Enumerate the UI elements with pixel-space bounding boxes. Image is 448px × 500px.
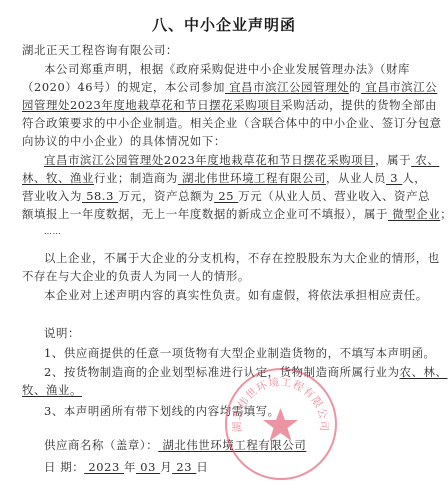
text: 2、按货物制造商的企业划型标准进行认定，货物制造商所属行业为 <box>44 365 400 379</box>
para2-line2: 林、牧、渔业行业；制造商为 湖北伟世环境工程有限公司，从业人员 3 人， <box>22 170 430 186</box>
text: 营业收入为 <box>22 189 82 203</box>
para1-line1: 本公司郑重声明，根据《政府采购促进中小企业发展管理办法》（财库 <box>44 61 448 77</box>
text: 日 <box>196 460 208 474</box>
para2-line4: 额填报上一年度数据，无上一年度数据的新成立企业可不填报），属于 微型企业； <box>22 206 430 222</box>
note-3: 3、本声明函所有带下划线的内容均需填写。 <box>44 403 448 419</box>
text: 采购活动，提供的货物全部由 <box>281 98 437 112</box>
date-year: 2023 <box>84 460 124 474</box>
addressee: 湖北正天工程咨询有限公司： <box>22 42 430 58</box>
manufacturer-name: 湖北伟世环境工程有限公司 <box>178 171 326 185</box>
employee-count: 3 <box>386 171 402 185</box>
ellipsis: …… <box>44 224 448 240</box>
para1-line2: （2020）46号）的规定，本公司参加 宜昌市滨江公园管理处的 宜昌市滨江公 <box>22 79 430 95</box>
text: 万元，资产总额为 <box>118 189 214 203</box>
para3-line2: 不存在与大企业的负责人为同一人的情形。 <box>22 268 430 284</box>
notes-heading: 说明： <box>44 325 448 341</box>
text: 年 <box>124 460 136 474</box>
note-industry-part2: 牧、渔业。 <box>22 383 82 397</box>
supplier-label: 供应商名称（盖章）： <box>44 438 158 452</box>
para1-line3: 园管理处2023年度地栽草花和节日摆花采购项目采购活动，提供的货物全部由 <box>22 97 430 113</box>
industry-part1: 农、 <box>411 153 439 167</box>
industry-part2: 林、牧、渔业 <box>22 171 94 185</box>
supplier-name: 湖北伟世环境工程有限公司 <box>158 438 306 452</box>
text: （2020）46号）的规定，本公司参加 <box>22 80 225 94</box>
revenue-value: 58.3 <box>82 189 118 203</box>
document-title: 八、中小企业声明函 <box>0 14 448 35</box>
purchaser-name: 宜昌市滨江公园管理处 <box>225 80 349 94</box>
text: ，从业人员 <box>326 171 386 185</box>
supplier-row: 供应商名称（盖章）： 湖北伟世环境工程有限公司 <box>44 437 448 453</box>
para2-line1: 宜昌市滨江公园管理处2023年度地栽草花和节日摆花采购项目，属于 农、 <box>44 152 448 168</box>
para3-line1: 以上企业，不属于大企业的分支机构，不存在控股股东为大企业的情形，也 <box>44 250 448 266</box>
project-name: 宜昌市滨江公园管理处2023年度地栽草花和节日摆花采购项目 <box>44 153 375 167</box>
text: 额填报上一年度数据，无上一年度数据的新成立企业可不填报），属于 <box>22 207 388 221</box>
text: 人， <box>402 171 426 185</box>
note-2-cont: 牧、渔业。 <box>22 382 430 398</box>
text: ； <box>440 207 448 221</box>
date-label: 日 期： <box>44 460 84 474</box>
para4: 本企业对上述声明内容的真实性负责。如有虚假，将依法承担相应责任。 <box>44 287 448 303</box>
text: 行业；制造商为 <box>94 171 178 185</box>
text: ，属于 <box>375 153 411 167</box>
declaration-page: 八、中小企业声明函 湖北正天工程咨询有限公司： 本公司郑重声明，根据《政府采购促… <box>0 0 448 500</box>
project-name-part2: 园管理处2023年度地栽草花和节日摆花采购项目 <box>22 98 281 112</box>
project-name-part1: 宜昌市滨江公 <box>361 80 437 94</box>
date-day: 23 <box>172 460 196 474</box>
total-assets-value: 25 <box>214 189 238 203</box>
text: 万元（从业人员、营业收入、资产总 <box>238 189 430 203</box>
note-2: 2、按货物制造商的企业划型标准进行认定，货物制造商所属行业为农、林、 <box>44 364 448 380</box>
text: 月 <box>160 460 172 474</box>
para1-line5: 向协议的中小企业）的具体情况如下： <box>22 133 430 149</box>
enterprise-type: 微型企业 <box>388 207 440 221</box>
note-industry-part1: 农、林、 <box>400 365 448 379</box>
text: 的 <box>349 80 361 94</box>
para2-line3: 营业收入为 58.3 万元，资产总额为 25 万元（从业人员、营业收入、资产总 <box>22 188 430 204</box>
date-row: 日 期： 2023 年 03 月 23 日 <box>44 459 448 475</box>
para1-line4: 符合政策要求的中小企业制造。相关企业（含联合体中的中小企业、签订分包意 <box>22 115 430 131</box>
date-month: 03 <box>136 460 160 474</box>
note-1: 1、供应商提供的任意一项货物有大型企业制造货物的，不填写本声明函。 <box>44 345 448 361</box>
